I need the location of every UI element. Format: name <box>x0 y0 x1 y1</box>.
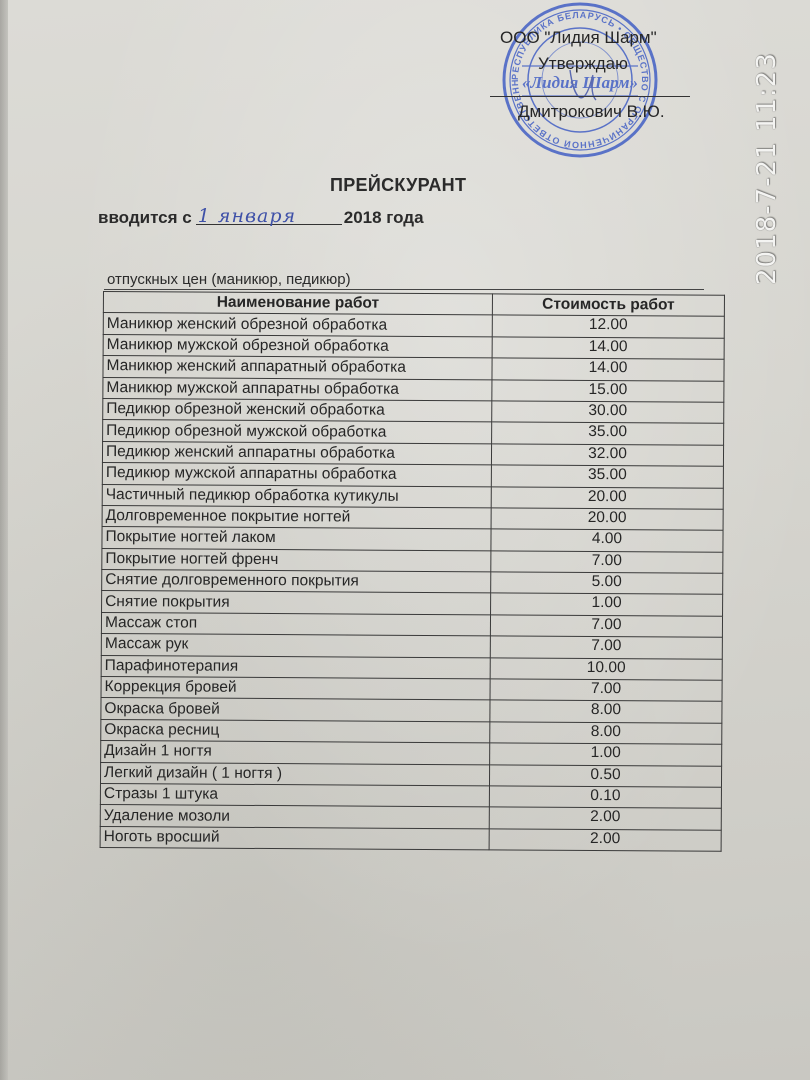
service-price: 1.00 <box>490 743 722 766</box>
service-price: 4.00 <box>491 529 723 552</box>
table-subtitle: отпускных цен (маникюр, педикюр) <box>107 271 351 288</box>
service-name: Покрытие ногтей лаком <box>102 527 491 551</box>
service-price: 20.00 <box>491 486 723 509</box>
service-price: 2.00 <box>489 829 721 852</box>
service-price: 8.00 <box>490 722 722 745</box>
service-name: Удаление мозоли <box>100 805 489 829</box>
company-name: ООО "Лидия Шарм" <box>500 28 657 48</box>
service-name: Окраска бровей <box>101 698 490 722</box>
service-name: Парафинотерапия <box>101 655 490 679</box>
service-price: 30.00 <box>492 401 724 424</box>
approve-label: Утверждаю <box>538 54 628 74</box>
service-price: 35.00 <box>492 422 724 445</box>
service-name: Стразы 1 штука <box>100 783 489 807</box>
service-name: Маникюр мужской аппаратны обработка <box>103 377 492 401</box>
service-price: 7.00 <box>490 679 722 702</box>
stamp-center-text: «Лидия Шарм» <box>522 73 638 92</box>
document-title: ПРЕЙСКУРАНТ <box>330 175 466 196</box>
service-name: Ноготь вросший <box>100 826 489 850</box>
table-row: Ноготь вросший2.00 <box>100 826 721 851</box>
signature-line <box>490 96 690 97</box>
service-name: Массаж стоп <box>101 612 490 636</box>
service-name: Педикюр женский аппаратны обработка <box>102 441 491 465</box>
subtitle-underline <box>104 289 704 290</box>
service-price: 35.00 <box>491 465 723 488</box>
service-price: 0.10 <box>489 786 721 809</box>
service-name: Маникюр мужской обрезной обработка <box>103 334 492 358</box>
service-price: 5.00 <box>491 572 723 595</box>
service-name: Массаж рук <box>101 634 490 658</box>
service-name: Снятие покрытия <box>102 591 491 615</box>
column-header-price: Стоимость работ <box>492 294 724 317</box>
service-price: 1.00 <box>491 593 723 616</box>
column-header-name: Наименование работ <box>103 292 492 316</box>
handwritten-date: 1 января <box>198 205 296 227</box>
service-price: 14.00 <box>492 337 724 360</box>
service-price: 12.00 <box>492 315 724 338</box>
service-name: Коррекция бровей <box>101 677 490 701</box>
service-name: Педикюр обрезной мужской обработка <box>103 420 492 444</box>
page-edge <box>0 0 8 1080</box>
service-price: 7.00 <box>490 615 722 638</box>
table-body: Маникюр женский обрезной обработка12.00М… <box>100 313 724 852</box>
service-name: Долговременное покрытие ногтей <box>102 505 491 529</box>
company-stamp: РЕСПУБЛИКА БЕЛАРУСЬ • ОБЩЕСТВО С ОГРАНИЧ… <box>500 0 660 160</box>
service-price: 32.00 <box>491 444 723 467</box>
service-price: 7.00 <box>490 636 722 659</box>
service-price: 7.00 <box>491 551 723 574</box>
service-price: 15.00 <box>492 379 724 402</box>
effective-date: вводится с 1 января 2018 года <box>98 200 424 228</box>
signer-name: Дмитрокович В.Ю. <box>518 102 665 122</box>
service-price: 10.00 <box>490 658 722 681</box>
service-price: 2.00 <box>489 807 721 830</box>
service-name: Маникюр женский обрезной обработка <box>103 313 492 337</box>
service-name: Маникюр женский аппаратный обработка <box>103 356 492 380</box>
handwritten-date-field: 1 января <box>196 200 342 225</box>
service-price: 14.00 <box>492 358 724 381</box>
photo-timestamp: 2018-7-21 11:23 <box>752 52 782 285</box>
service-name: Педикюр мужской аппаратны обработка <box>102 463 491 487</box>
service-name: Снятие долговременного покрытия <box>102 570 491 594</box>
service-price: 20.00 <box>491 508 723 531</box>
service-name: Покрытие ногтей френч <box>102 548 491 572</box>
service-name: Педикюр обрезной женский обработка <box>103 398 492 422</box>
effective-prefix: вводится с <box>98 208 192 228</box>
price-table: Наименование работ Стоимость работ Маник… <box>100 291 725 852</box>
service-name: Легкий дизайн ( 1 ногтя ) <box>100 762 489 786</box>
service-name: Дизайн 1 ногтя <box>101 741 490 765</box>
service-name: Частичный педикюр обработка кутикулы <box>102 484 491 508</box>
service-price: 8.00 <box>490 700 722 723</box>
service-price: 0.50 <box>489 764 721 787</box>
service-name: Окраска ресниц <box>101 719 490 743</box>
effective-suffix: 2018 года <box>344 208 424 228</box>
